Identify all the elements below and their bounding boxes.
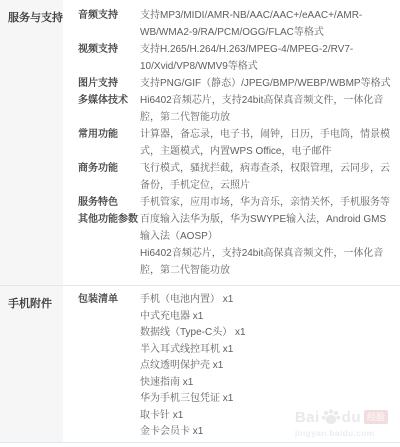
table-row: 包装清单 手机（电池内置） x1 中式充电器 x1 数据线（Type-C头） x… [63, 292, 400, 441]
table-row: 常用功能 计算器，备忘录，电子书，闹钟，日历，手电筒，情景模式，主题模式，内置W… [63, 126, 400, 160]
table-row: 其他功能参数 百度输入法华为版，华为SWYPE输入法，Android GMS输入… [63, 211, 400, 279]
spec-value: Hi6402音频芯片，支持24bit高保真音频文件，一体化音腔，第二代智能功放 [140, 92, 400, 126]
spec-value: 计算器，备忘录，电子书，闹钟，日历，手电筒，情景模式，主题模式，内置WPS Of… [140, 126, 400, 160]
spec-label: 图片支持 [63, 75, 140, 92]
table-row: 音频支持 支持MP3/MIDI/AMR-NB/AAC/AAC+/eAAC+/AM… [63, 7, 400, 41]
spec-value: 百度输入法华为版，华为SWYPE输入法，Android GMS输入法（AOSP）… [140, 211, 400, 279]
table-row: 商务功能 飞行模式，骚扰拦截，病毒查杀，权限管理，云同步，云备份，手机定位，云照… [63, 160, 400, 194]
spec-value: 支持MP3/MIDI/AMR-NB/AAC/AAC+/eAAC+/AMR-WB/… [140, 7, 400, 41]
spec-value: 手机管家，应用市场，华为音乐，亲情关怀，手机服务等 [140, 194, 400, 211]
spec-label: 音频支持 [63, 7, 140, 24]
spec-value: 支持H.265/H.264/H.263/MPEG-4/MPEG-2/RV7-10… [140, 41, 400, 75]
section-phone-accessories: 手机附件 包装清单 手机（电池内置） x1 中式充电器 x1 数据线（Type-… [0, 286, 400, 443]
spec-label: 多媒体技术 [63, 92, 140, 109]
spec-label: 包装清单 [63, 292, 140, 309]
section-title: 服务与支持 [0, 0, 63, 285]
section-title: 手机附件 [0, 286, 63, 442]
spec-value: 支持PNG/GIF（静态）/JPEG/BMP/WEBP/WBMP等格式 [140, 75, 400, 92]
table-row: 图片支持 支持PNG/GIF（静态）/JPEG/BMP/WEBP/WBMP等格式 [63, 75, 400, 92]
table-row: 多媒体技术 Hi6402音频芯片，支持24bit高保真音频文件，一体化音腔，第二… [63, 92, 400, 126]
spec-page: 服务与支持 音频支持 支持MP3/MIDI/AMR-NB/AAC/AAC+/eA… [0, 0, 400, 447]
spec-rows: 包装清单 手机（电池内置） x1 中式充电器 x1 数据线（Type-C头） x… [63, 286, 400, 442]
spec-label: 商务功能 [63, 160, 140, 177]
table-row: 服务特色 手机管家，应用市场，华为音乐，亲情关怀，手机服务等 [63, 194, 400, 211]
table-row: 视频支持 支持H.265/H.264/H.263/MPEG-4/MPEG-2/R… [63, 41, 400, 75]
spec-label: 常用功能 [63, 126, 140, 143]
spec-rows: 音频支持 支持MP3/MIDI/AMR-NB/AAC/AAC+/eAAC+/AM… [63, 0, 400, 285]
spec-label: 服务特色 [63, 194, 140, 211]
spec-value: 飞行模式，骚扰拦截，病毒查杀，权限管理，云同步，云备份，手机定位，云照片 [140, 160, 400, 194]
spec-value: 手机（电池内置） x1 中式充电器 x1 数据线（Type-C头） x1 半入耳… [140, 292, 400, 441]
section-services-support: 服务与支持 音频支持 支持MP3/MIDI/AMR-NB/AAC/AAC+/eA… [0, 0, 400, 286]
spec-label: 其他功能参数 [63, 211, 140, 228]
spec-label: 视频支持 [63, 41, 140, 58]
